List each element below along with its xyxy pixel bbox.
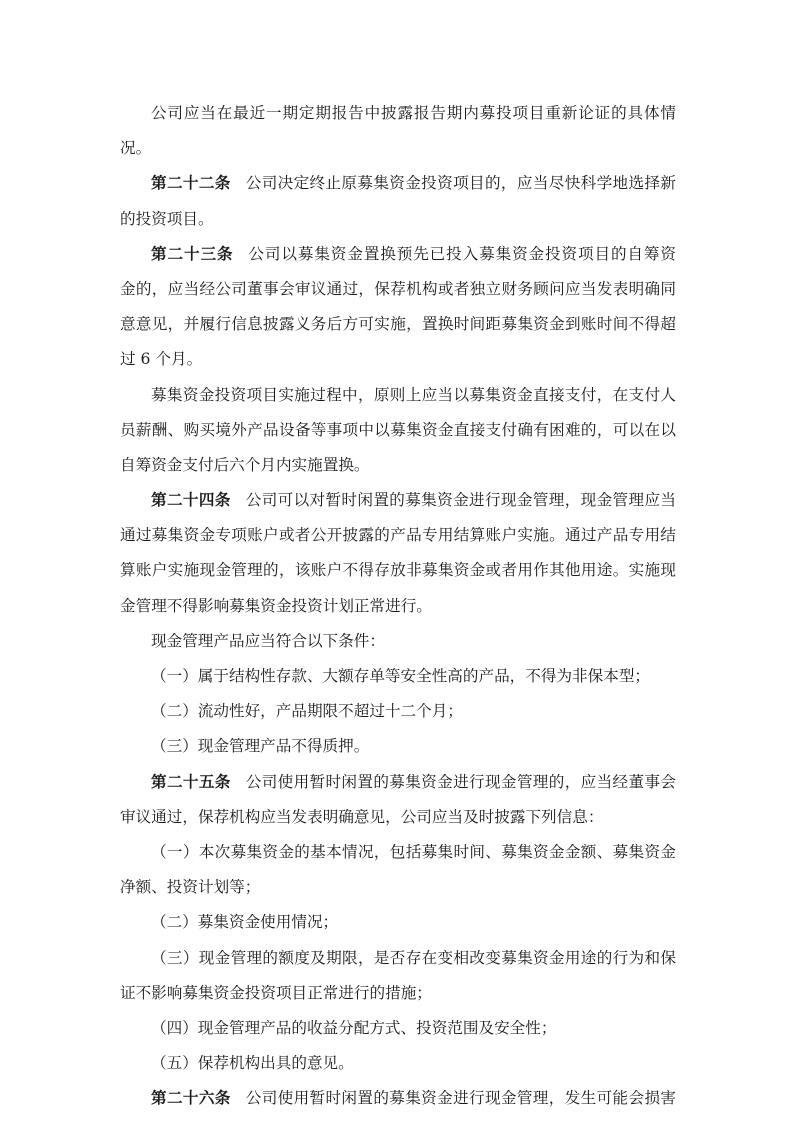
paragraph-line: 的投资项目。 [120, 202, 676, 237]
paragraph-line: 募集资金投资项目实施过程中，原则上应当以募集资金直接支付，在支付人 [120, 378, 676, 413]
paragraph-line: 通过募集资金专项账户或者公开披露的产品专用结算账户实施。通过产品专用结 [120, 518, 676, 553]
line-text: （一）属于结构性存款、大额存单等安全性高的产品，不得为非保本型； [151, 667, 650, 685]
line-text: 公司可以对暂时闲置的募集资金进行现金管理，现金管理应当 [246, 491, 676, 509]
line-text: （五）保荐机构出具的意见。 [151, 1054, 354, 1072]
line-text: （二）流动性好，产品期限不超过十二个月； [151, 702, 463, 720]
article-heading-line: 第二十四条公司可以对暂时闲置的募集资金进行现金管理，现金管理应当 [120, 483, 676, 518]
line-text: 过 6 个月。 [120, 350, 202, 368]
paragraph-line: （一）属于结构性存款、大额存单等安全性高的产品，不得为非保本型； [120, 659, 676, 694]
article-number: 第二十六条 [151, 1089, 231, 1107]
article-heading-line: 第二十二条公司决定终止原募集资金投资项目的，应当尽快科学地选择新 [120, 166, 676, 201]
paragraph-line: （三）现金管理产品不得质押。 [120, 729, 676, 764]
paragraph-line: （三）现金管理的额度及期限，是否存在变相改变募集资金用途的行为和保 [120, 941, 676, 976]
line-text: 意意见，并履行信息披露义务后方可实施，置换时间距募集资金到账时间不得超 [120, 315, 676, 333]
paragraph-line: （一）本次募集资金的基本情况，包括募集时间、募集资金金额、募集资金 [120, 835, 676, 870]
line-text: （一）本次募集资金的基本情况，包括募集时间、募集资金金额、募集资金 [151, 843, 676, 861]
line-text: 金的，应当经公司董事会审议通过，保荐机构或者独立财务顾问应当发表明确同 [120, 280, 676, 298]
paragraph-line: 过 6 个月。 [120, 342, 676, 377]
paragraph-line: 证不影响募集资金投资项目正常进行的措施； [120, 976, 676, 1011]
line-text: 通过募集资金专项账户或者公开披露的产品专用结算账户实施。通过产品专用结 [120, 526, 676, 544]
line-text: （三）现金管理产品不得质押。 [151, 737, 369, 755]
paragraph-line: 况。 [120, 131, 676, 166]
paragraph-line: 意意见，并履行信息披露义务后方可实施，置换时间距募集资金到账时间不得超 [120, 307, 676, 342]
article-heading-line: 第二十六条公司使用暂时闲置的募集资金进行现金管理，发生可能会损害 [120, 1081, 676, 1116]
paragraph-line: （五）保荐机构出具的意见。 [120, 1046, 676, 1081]
paragraph-line: 金的，应当经公司董事会审议通过，保荐机构或者独立财务顾问应当发表明确同 [120, 272, 676, 307]
paragraph-line: 公司应当在最近一期定期报告中披露报告期内募投项目重新论证的具体情 [120, 96, 676, 131]
paragraph-line: 员薪酬、购买境外产品设备等事项中以募集资金直接支付确有困难的，可以在以 [120, 413, 676, 448]
line-text: 公司决定终止原募集资金投资项目的，应当尽快科学地选择新 [246, 174, 676, 192]
paragraph-line: 算账户实施现金管理的，该账户不得存放非募集资金或者用作其他用途。实施现 [120, 553, 676, 588]
paragraph-line: 金管理不得影响募集资金投资计划正常进行。 [120, 589, 676, 624]
paragraph-line: 审议通过，保荐机构应当发表明确意见，公司应当及时披露下列信息： [120, 800, 676, 835]
line-text: 审议通过，保荐机构应当发表明确意见，公司应当及时披露下列信息： [120, 808, 603, 826]
line-text: （四）现金管理产品的收益分配方式、投资范围及安全性； [151, 1019, 556, 1037]
article-heading-line: 第二十五条公司使用暂时闲置的募集资金进行现金管理的，应当经董事会 [120, 765, 676, 800]
line-text: 员薪酬、购买境外产品设备等事项中以募集资金直接支付确有困难的，可以在以 [120, 421, 676, 439]
line-text: 公司以募集资金置换预先已投入募集资金投资项目的自筹资 [248, 245, 676, 263]
line-text: 现金管理产品应当符合以下条件： [151, 632, 385, 650]
paragraph-line: （二）募集资金使用情况； [120, 905, 676, 940]
paragraph-line: （二）流动性好，产品期限不超过十二个月； [120, 694, 676, 729]
line-text: 证不影响募集资金投资项目正常进行的措施； [120, 984, 432, 1002]
article-heading-line: 第二十三条公司以募集资金置换预先已投入募集资金投资项目的自筹资 [120, 237, 676, 272]
article-number: 第二十五条 [151, 773, 231, 791]
article-number: 第二十四条 [151, 491, 231, 509]
paragraph-line: （四）现金管理产品的收益分配方式、投资范围及安全性； [120, 1011, 676, 1046]
line-text: 的投资项目。 [120, 210, 214, 228]
paragraph-line: 净额、投资计划等； [120, 870, 676, 905]
line-text: 公司应当在最近一期定期报告中披露报告期内募投项目重新论证的具体情 [151, 104, 676, 122]
line-text: 公司使用暂时闲置的募集资金进行现金管理的，应当经董事会 [246, 773, 676, 791]
line-text: 算账户实施现金管理的，该账户不得存放非募集资金或者用作其他用途。实施现 [120, 561, 676, 579]
line-text: 自筹资金支付后六个月内实施置换。 [120, 456, 370, 474]
line-text: 净额、投资计划等； [120, 878, 260, 896]
paragraph-line: 现金管理产品应当符合以下条件： [120, 624, 676, 659]
article-number: 第二十二条 [151, 174, 231, 192]
line-text: 公司使用暂时闲置的募集资金进行现金管理，发生可能会损害 [246, 1089, 676, 1107]
paragraph-line: 自筹资金支付后六个月内实施置换。 [120, 448, 676, 483]
line-text: （三）现金管理的额度及期限，是否存在变相改变募集资金用途的行为和保 [151, 949, 676, 967]
line-text: 募集资金投资项目实施过程中，原则上应当以募集资金直接支付，在支付人 [151, 386, 676, 404]
document-page: 公司应当在最近一期定期报告中披露报告期内募投项目重新论证的具体情况。第二十二条公… [120, 96, 676, 1116]
line-text: 况。 [120, 139, 151, 157]
line-text: （二）募集资金使用情况； [151, 913, 338, 931]
article-number: 第二十三条 [151, 245, 233, 263]
line-text: 金管理不得影响募集资金投资计划正常进行。 [120, 597, 432, 615]
